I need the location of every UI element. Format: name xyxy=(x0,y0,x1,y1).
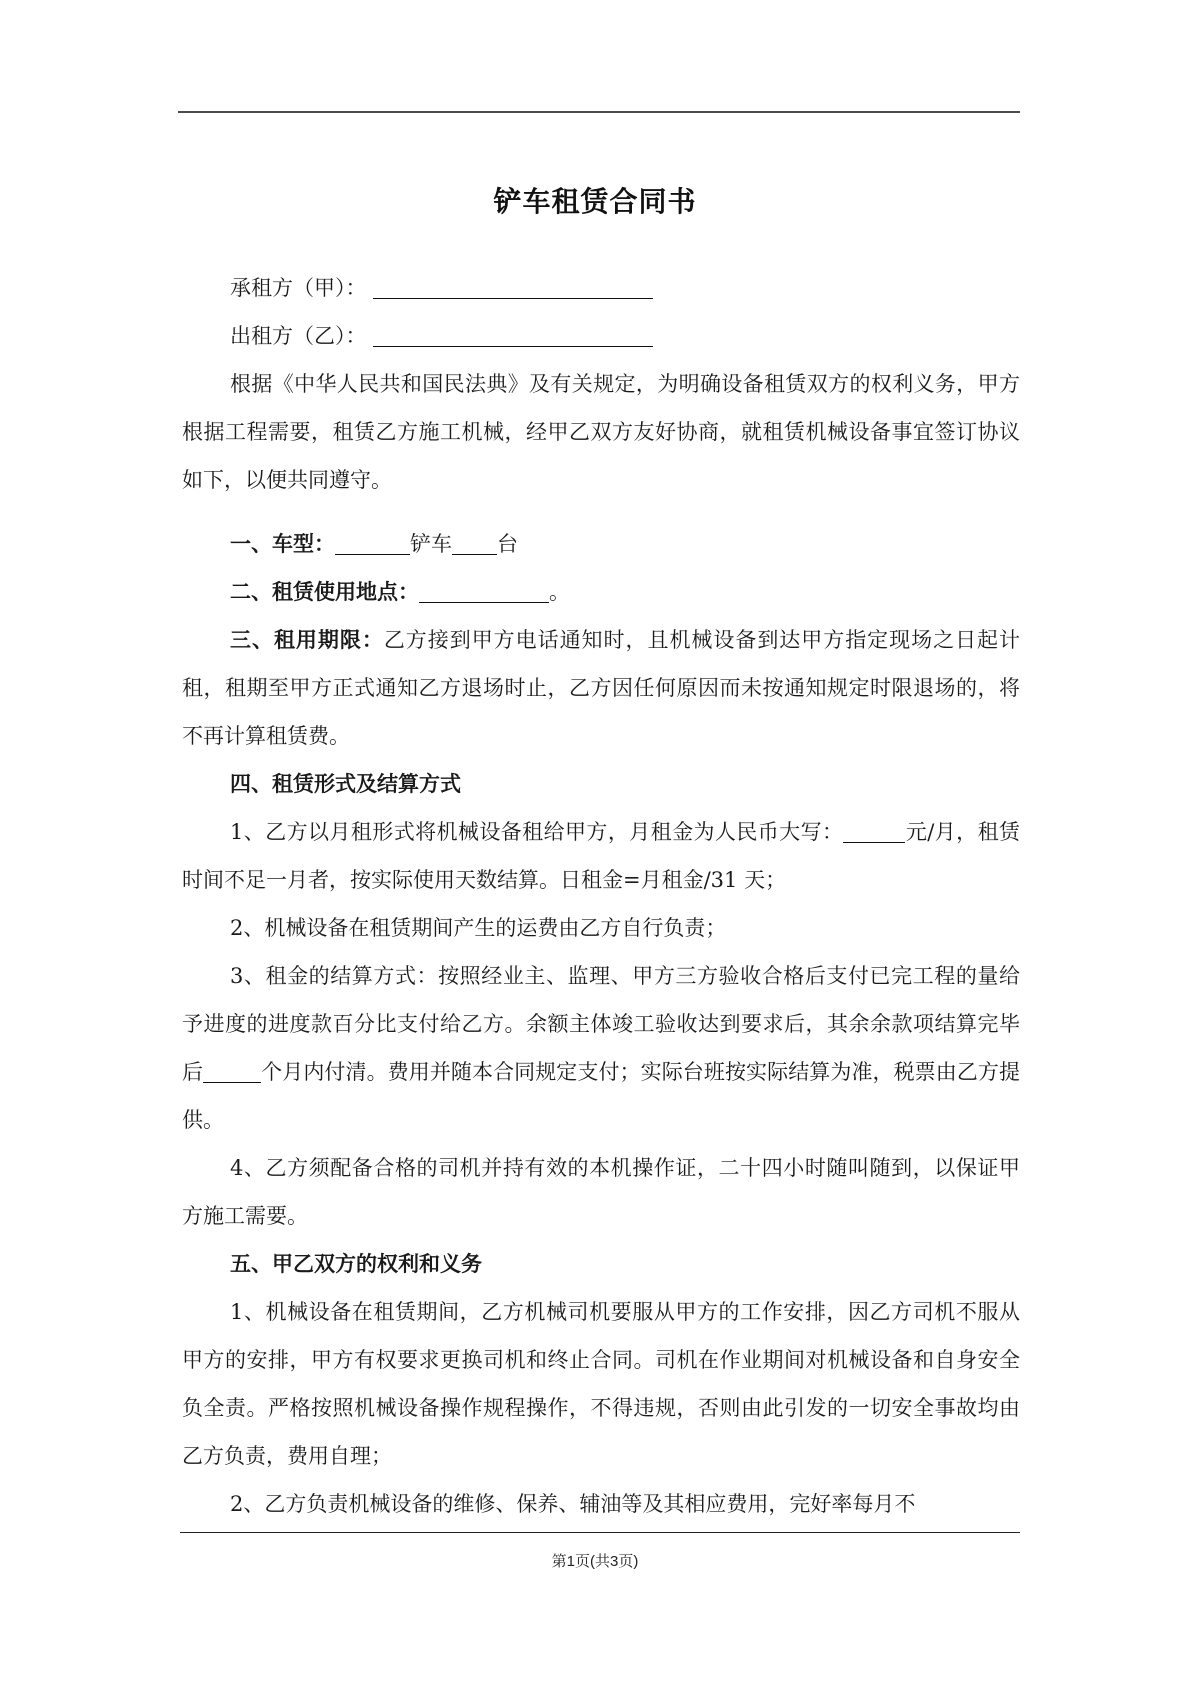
section-4-heading: 四、租赁形式及结算方式 xyxy=(182,760,1020,808)
section-1-middle: 铲车 xyxy=(410,532,452,556)
section-4-item-1: 1、乙方以月租形式将机械设备租给甲方，月租金为人民币大写：元/月，租赁时间不足一… xyxy=(182,808,1020,904)
header-rule xyxy=(178,111,1020,113)
lessor-blank[interactable] xyxy=(373,322,653,347)
lessee-label: 承租方（甲）： xyxy=(230,276,367,300)
section-3-term: 三、租用期限：乙方接到甲方电话通知时，且机械设备到达甲方指定现场之日起计租，租期… xyxy=(182,616,1020,760)
footer-rule xyxy=(180,1532,1020,1533)
section-4-item-2: 2、机械设备在租赁期间产生的运费由乙方自行负责； xyxy=(182,904,1020,952)
lessor-line: 出租方（乙）： xyxy=(182,312,1020,360)
lessee-blank[interactable] xyxy=(373,274,653,299)
section-5-heading: 五、甲乙双方的权利和义务 xyxy=(182,1240,1020,1288)
monthly-rent-blank[interactable] xyxy=(843,818,905,843)
section-5-item-2: 2、乙方负责机械设备的维修、保养、辅油等及其相应费用，完好率每月不 xyxy=(182,1480,1020,1528)
section-5-item-1: 1、机械设备在租赁期间，乙方机械司机要服从甲方的工作安排，因乙方司机不服从甲方的… xyxy=(182,1288,1020,1480)
section-3-heading: 三、租用期限： xyxy=(230,628,384,652)
section-2-end: 。 xyxy=(549,580,570,604)
payment-months-blank[interactable] xyxy=(203,1058,261,1083)
section-2-heading: 二、租赁使用地点： xyxy=(230,580,419,604)
vehicle-count-blank[interactable] xyxy=(452,530,497,555)
lessee-line: 承租方（甲）： xyxy=(182,264,1020,312)
section-1-end: 台 xyxy=(497,532,518,556)
vehicle-model-blank[interactable] xyxy=(335,530,410,555)
lessor-label: 出租方（乙）： xyxy=(230,324,367,348)
section-1-vehicle-type: 一、车型：铲车台 xyxy=(182,520,1020,568)
intro-paragraph: 根据《中华人民共和国民法典》及有关规定，为明确设备租赁双方的权利义务，甲方根据工… xyxy=(182,360,1020,504)
document-body: 承租方（甲）： 出租方（乙）： 根据《中华人民共和国民法典》及有关规定，为明确设… xyxy=(182,264,1020,1528)
section-4-item-3-text-b: 个月内付清。费用并随本合同规定支付；实际台班按实际结算为准，税票由乙方提供。 xyxy=(182,1060,1020,1132)
document-title: 铲车租赁合同书 xyxy=(0,180,1190,220)
section-1-heading: 一、车型： xyxy=(230,532,335,556)
section-4-item-1-text-a: 1、乙方以月租形式将机械设备租给甲方，月租金为人民币大写： xyxy=(230,820,843,844)
section-4-item-4: 4、乙方须配备合格的司机并持有效的本机操作证，二十四小时随叫随到，以保证甲方施工… xyxy=(182,1144,1020,1240)
page-number: 第1页(共3页) xyxy=(0,1550,1190,1571)
location-blank[interactable] xyxy=(419,578,549,603)
section-2-location: 二、租赁使用地点：。 xyxy=(182,568,1020,616)
section-4-item-3: 3、租金的结算方式：按照经业主、监理、甲方三方验收合格后支付已完工程的量给予进度… xyxy=(182,952,1020,1144)
